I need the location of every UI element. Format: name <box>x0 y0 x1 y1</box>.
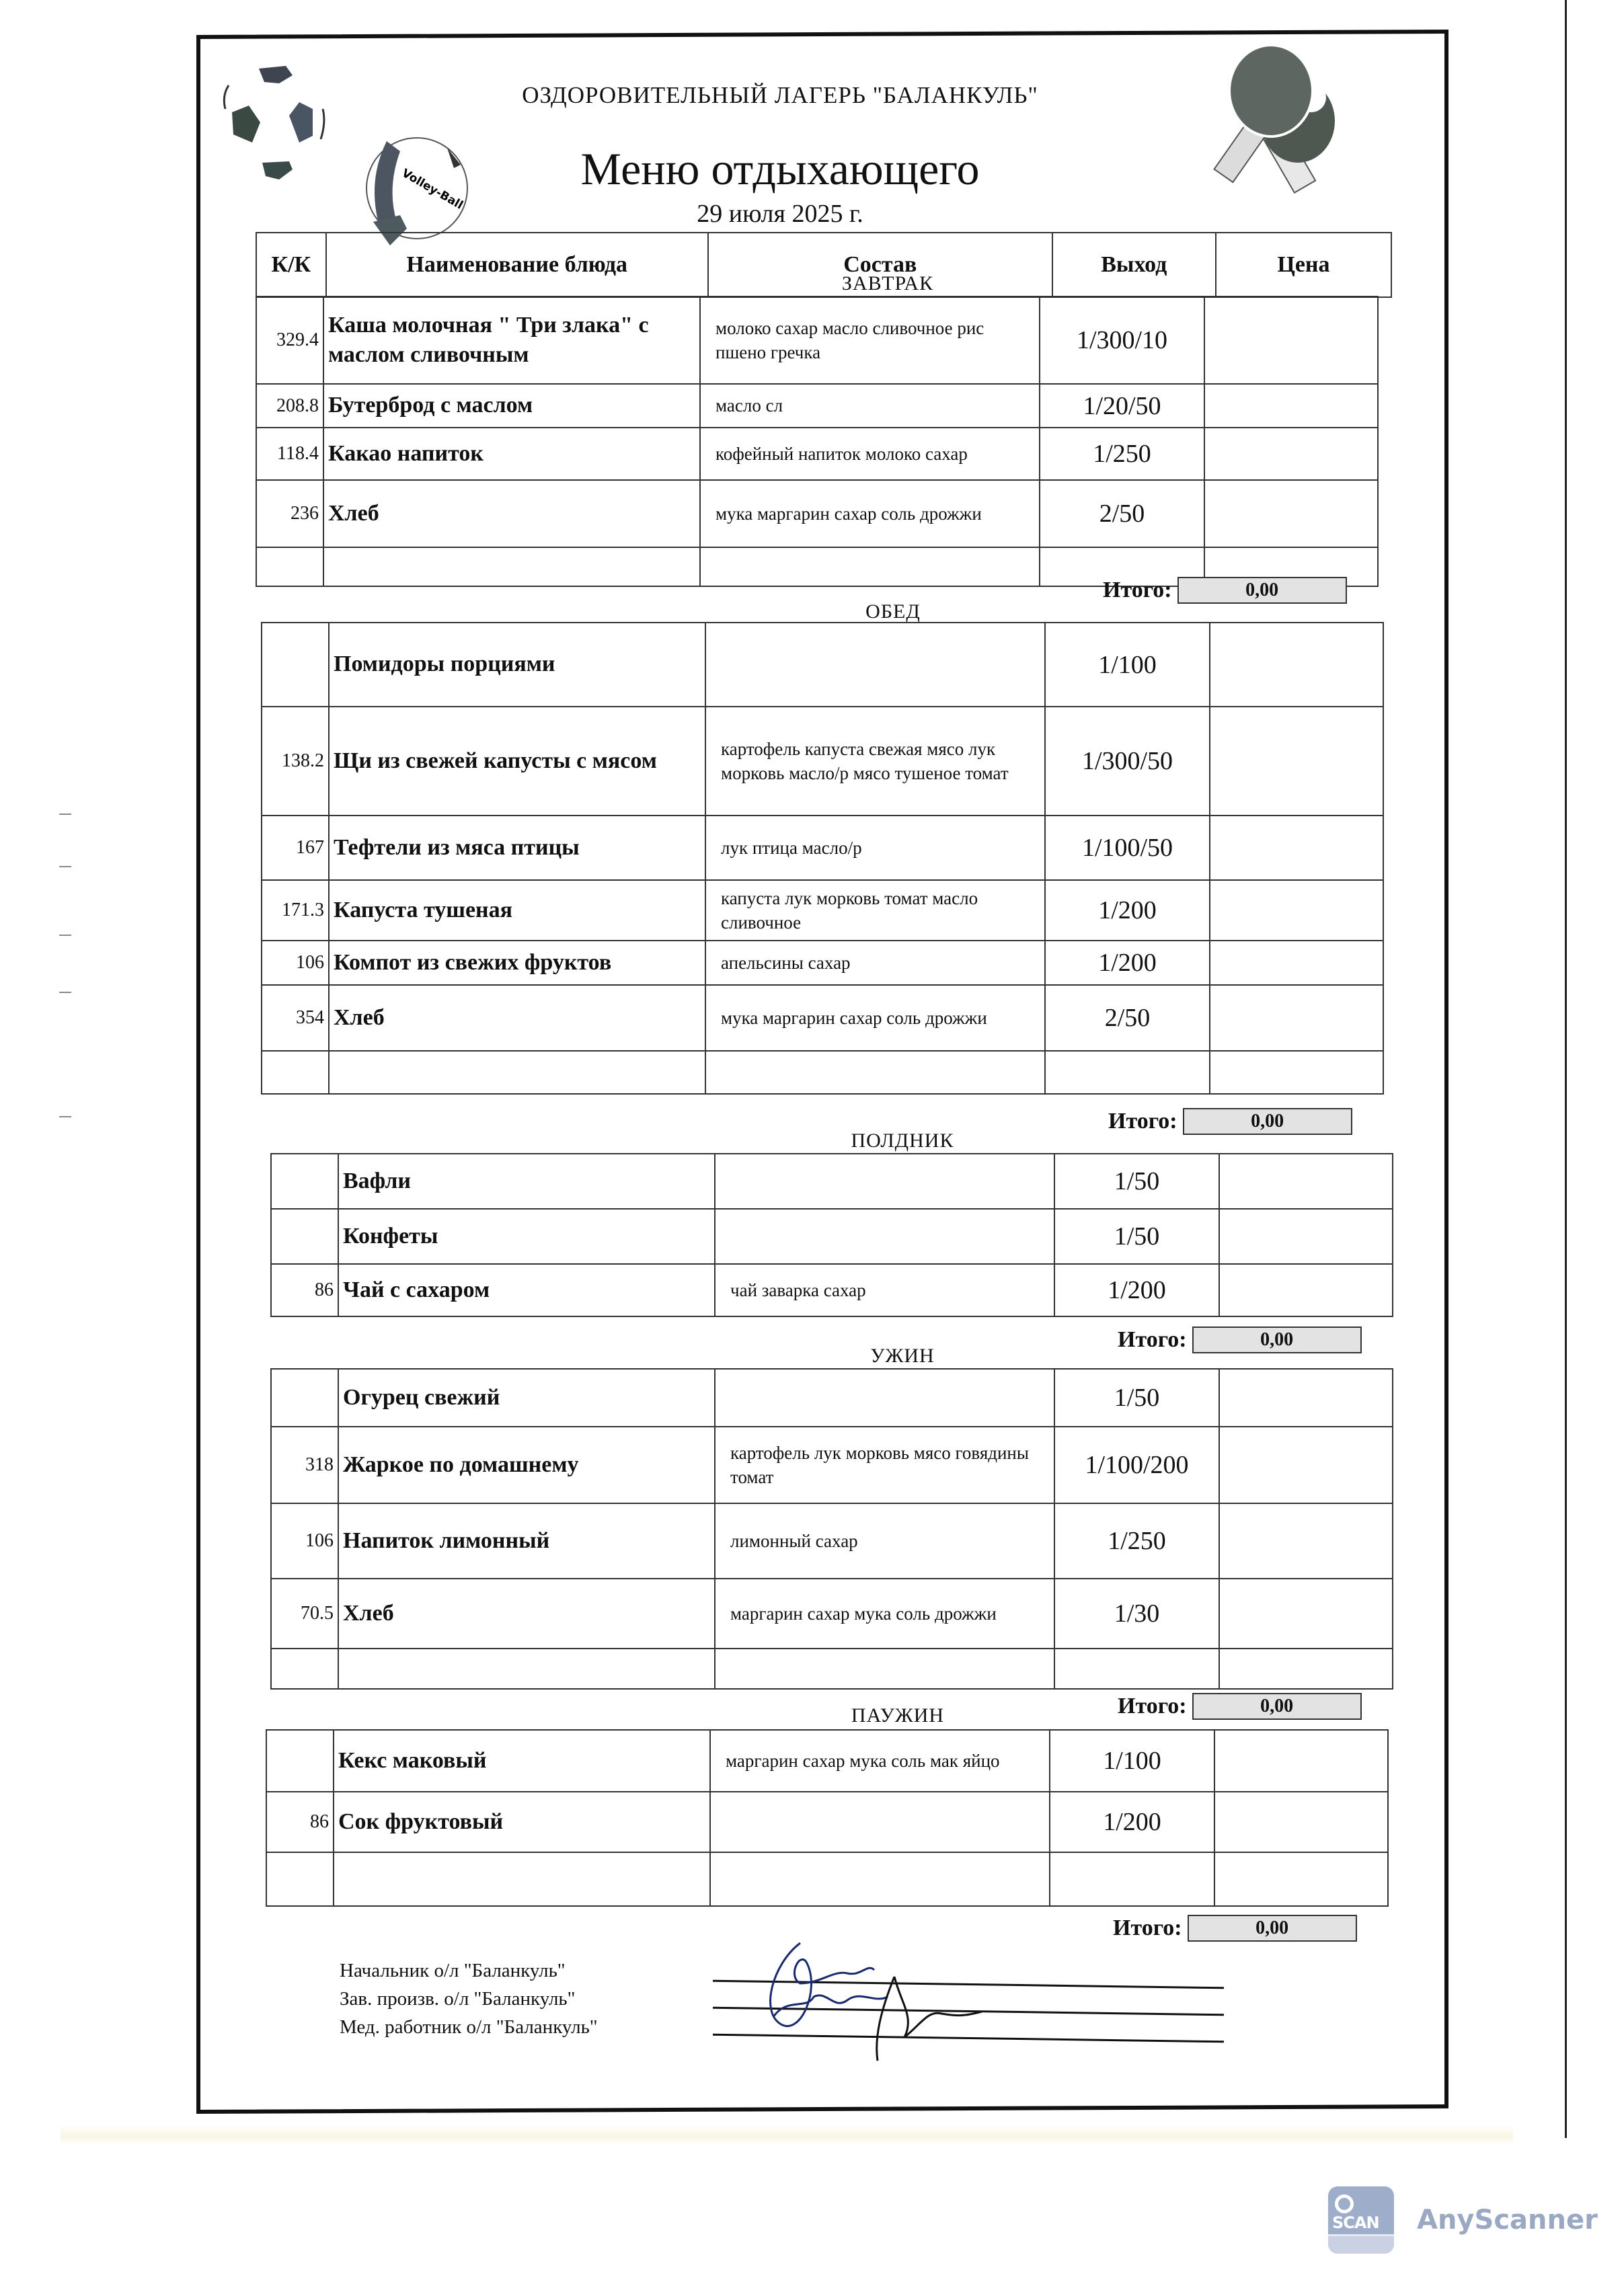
cell-output: 1/300/10 <box>1040 296 1204 384</box>
cell-name <box>334 1852 710 1906</box>
cell-price <box>1214 1730 1388 1792</box>
menu-section-table: 329.4Каша молочная " Три злака" с маслом… <box>256 296 1379 587</box>
cell-name: Вафли <box>338 1154 715 1209</box>
signer-head: Начальник о/л "Баланкуль" <box>340 1956 598 1985</box>
cell-price <box>1210 707 1383 816</box>
table-row: 118.4Какао напитоккофейный напиток молок… <box>256 428 1378 480</box>
cell-name: Помидоры порциями <box>329 623 705 707</box>
cell-price <box>1219 1579 1393 1649</box>
table-row: Конфеты1/50 <box>271 1209 1393 1264</box>
cell-output: 1/50 <box>1054 1209 1219 1264</box>
col-price: Цена <box>1216 233 1391 297</box>
cell-output: 1/200 <box>1045 941 1210 985</box>
cell-output <box>1054 1649 1219 1689</box>
cell-composition <box>705 623 1045 707</box>
cell-price <box>1210 880 1383 941</box>
cell-composition <box>710 1792 1050 1852</box>
total-label: Итого: <box>1118 1327 1187 1353</box>
total-label: Итого: <box>1113 1915 1182 1941</box>
cell-name: Кекс маковый <box>334 1730 710 1792</box>
menu-title: Меню отдыхающего <box>377 143 1184 196</box>
signers-block: Начальник о/л "Баланкуль" Зав. произв. о… <box>340 1956 598 2041</box>
cell-kk: 86 <box>266 1792 334 1852</box>
cell-price <box>1204 384 1378 428</box>
signer-production: Зав. произв. о/л "Баланкуль" <box>340 1985 598 2013</box>
cell-name: Тефтели из мяса птицы <box>329 816 705 880</box>
cell-composition: чай заварка сахар <box>715 1264 1054 1316</box>
section-title: ЗАВТРАК <box>686 272 1089 295</box>
cell-output: 1/250 <box>1054 1503 1219 1579</box>
cell-output: 1/50 <box>1054 1369 1219 1427</box>
cell-output <box>1045 1051 1210 1094</box>
cell-price <box>1214 1852 1388 1906</box>
cell-kk: 236 <box>256 480 323 547</box>
table-row: 354Хлебмука маргарин сахар соль дрожжи2/… <box>262 985 1383 1051</box>
total-label: Итого: <box>1108 1109 1177 1134</box>
cell-name: Сок фруктовый <box>334 1792 710 1852</box>
cell-price <box>1210 1051 1383 1094</box>
scan-badge-text: SCAN <box>1332 2213 1379 2232</box>
section-total: Итого:0,00 <box>1113 1915 1357 1942</box>
table-row: 106Компот из свежих фруктовапельсины сах… <box>262 941 1383 985</box>
scan-edge-shadow <box>61 2125 1513 2145</box>
section-total: Итого:0,00 <box>1118 1327 1362 1353</box>
cell-output: 1/200 <box>1054 1264 1219 1316</box>
col-name: Наименование блюда <box>326 233 708 297</box>
cell-output: 1/20/50 <box>1040 384 1204 428</box>
cell-kk <box>271 1154 338 1209</box>
cell-kk <box>266 1730 334 1792</box>
cell-kk <box>271 1649 338 1689</box>
scan-edge-line <box>1565 0 1567 2138</box>
cell-price <box>1219 1649 1393 1689</box>
section-title: ПАУЖИН <box>696 1704 1099 1727</box>
menu-section-table: Вафли1/50Конфеты1/5086Чай с сахаромчай з… <box>270 1153 1393 1317</box>
cell-price <box>1214 1792 1388 1852</box>
cell-composition: картофель лук морковь мясо говядины тома… <box>715 1427 1054 1503</box>
section-title: ОБЕД <box>691 600 1095 623</box>
cell-composition <box>715 1369 1054 1427</box>
cell-composition: масло сл <box>700 384 1040 428</box>
cell-name: Какао напиток <box>323 428 700 480</box>
cell-kk <box>271 1209 338 1264</box>
cell-output: 1/100 <box>1045 623 1210 707</box>
cell-composition <box>705 1051 1045 1094</box>
cell-output: 1/30 <box>1054 1579 1219 1649</box>
cell-kk: 171.3 <box>262 880 329 941</box>
cell-composition: апельсины сахар <box>705 941 1045 985</box>
total-value: 0,00 <box>1192 1327 1362 1353</box>
cell-name: Конфеты <box>338 1209 715 1264</box>
cell-price <box>1210 816 1383 880</box>
cell-price <box>1219 1503 1393 1579</box>
table-row: 86Сок фруктовый1/200 <box>266 1792 1388 1852</box>
table-row: Помидоры порциями1/100 <box>262 623 1383 707</box>
cell-kk <box>266 1852 334 1906</box>
cell-kk: 318 <box>271 1427 338 1503</box>
cell-composition: мука маргарин сахар соль дрожжи <box>705 985 1045 1051</box>
menu-section-table: Помидоры порциями1/100138.2Щи из свежей … <box>261 622 1384 1095</box>
total-label: Итого: <box>1118 1694 1187 1719</box>
col-kk: К/К <box>256 233 326 297</box>
cell-kk <box>262 623 329 707</box>
cell-kk: 329.4 <box>256 296 323 384</box>
cell-kk: 106 <box>262 941 329 985</box>
table-row: 70.5Хлебмаргарин сахар мука соль дрожжи1… <box>271 1579 1393 1649</box>
cell-name: Компот из свежих фруктов <box>329 941 705 985</box>
cell-kk <box>262 1051 329 1094</box>
table-row: Огурец свежий1/50 <box>271 1369 1393 1427</box>
cell-kk: 138.2 <box>262 707 329 816</box>
cell-composition: лимонный сахар <box>715 1503 1054 1579</box>
cell-composition: лук птица масло/р <box>705 816 1045 880</box>
table-row: 208.8Бутерброд с масломмасло сл1/20/50 <box>256 384 1378 428</box>
cell-kk: 106 <box>271 1503 338 1579</box>
cell-price <box>1219 1154 1393 1209</box>
total-label: Итого: <box>1103 578 1172 603</box>
anyscanner-watermark: SCAN AnyScanner <box>1328 2186 1598 2254</box>
menu-date: 29 июля 2025 г. <box>377 199 1184 229</box>
cell-price <box>1210 623 1383 707</box>
cell-composition: кофейный напиток молоко сахар <box>700 428 1040 480</box>
menu-section-table: Кекс маковыймаргарин сахар мука соль мак… <box>266 1729 1389 1907</box>
cell-name <box>338 1649 715 1689</box>
cell-price <box>1219 1369 1393 1427</box>
cell-composition: маргарин сахар мука соль мак яйцо <box>710 1730 1050 1792</box>
cell-output: 2/50 <box>1045 985 1210 1051</box>
cell-name: Жаркое по домашнему <box>338 1427 715 1503</box>
cell-composition <box>715 1154 1054 1209</box>
cell-name: Капуста тушеная <box>329 880 705 941</box>
cell-composition: мука маргарин сахар соль дрожжи <box>700 480 1040 547</box>
table-row <box>262 1051 1383 1094</box>
cell-name: Хлеб <box>329 985 705 1051</box>
table-row <box>271 1649 1393 1689</box>
cell-output: 1/300/50 <box>1045 707 1210 816</box>
cell-output: 1/100/50 <box>1045 816 1210 880</box>
signer-medic: Мед. работник о/л "Баланкуль" <box>340 2013 598 2041</box>
cell-output <box>1050 1852 1214 1906</box>
cell-kk: 118.4 <box>256 428 323 480</box>
cell-price <box>1219 1427 1393 1503</box>
total-value: 0,00 <box>1177 577 1347 604</box>
cell-output: 1/250 <box>1040 428 1204 480</box>
cell-output: 1/200 <box>1045 880 1210 941</box>
cell-name: Бутерброд с маслом <box>323 384 700 428</box>
cell-kk <box>256 547 323 586</box>
total-value: 0,00 <box>1183 1108 1352 1135</box>
cell-name: Хлеб <box>338 1579 715 1649</box>
cell-output: 2/50 <box>1040 480 1204 547</box>
cell-kk: 208.8 <box>256 384 323 428</box>
table-row: 171.3Капуста тушенаякапуста лук морковь … <box>262 880 1383 941</box>
cell-kk: 70.5 <box>271 1579 338 1649</box>
cell-name <box>323 547 700 586</box>
cell-name: Каша молочная " Три злака" с маслом слив… <box>323 296 700 384</box>
margin-marks <box>59 807 73 1156</box>
cell-name: Щи из свежей капусты с мясом <box>329 707 705 816</box>
cell-price <box>1204 480 1378 547</box>
section-total: Итого:0,00 <box>1118 1693 1362 1720</box>
cell-composition: капуста лук морковь томат масло сливочно… <box>705 880 1045 941</box>
table-row: 167Тефтели из мяса птицылук птица масло/… <box>262 816 1383 880</box>
soccer-ball-icon <box>212 48 340 183</box>
cell-composition: молоко сахар масло сливочное рис пшено г… <box>700 296 1040 384</box>
cell-output: 1/200 <box>1050 1792 1214 1852</box>
table-row: 86Чай с сахаромчай заварка сахар1/200 <box>271 1264 1393 1316</box>
scan-badge-icon: SCAN <box>1328 2186 1394 2254</box>
cell-kk <box>271 1369 338 1427</box>
menu-section-table: Огурец свежий1/50318Жаркое по домашнемук… <box>270 1368 1393 1690</box>
cell-output: 1/100/200 <box>1054 1427 1219 1503</box>
table-row: 236Хлебмука маргарин сахар соль дрожжи2/… <box>256 480 1378 547</box>
cell-composition <box>715 1649 1054 1689</box>
cell-price <box>1210 985 1383 1051</box>
cell-name: Хлеб <box>323 480 700 547</box>
camp-title: ОЗДОРОВИТЕЛЬНЫЙ ЛАГЕРЬ "БАЛАНКУЛЬ" <box>377 82 1184 109</box>
ping-pong-paddles-icon <box>1210 37 1365 198</box>
cell-name <box>329 1051 705 1094</box>
cell-output: 1/100 <box>1050 1730 1214 1792</box>
cell-name: Напиток лимонный <box>338 1503 715 1579</box>
cell-price <box>1204 296 1378 384</box>
cell-composition <box>700 547 1040 586</box>
cell-price <box>1204 428 1378 480</box>
section-total: Итого:0,00 <box>1108 1108 1352 1135</box>
cell-name: Огурец свежий <box>338 1369 715 1427</box>
table-row: 329.4Каша молочная " Три злака" с маслом… <box>256 296 1378 384</box>
table-row <box>266 1852 1388 1906</box>
cell-price <box>1219 1209 1393 1264</box>
table-row: Вафли1/50 <box>271 1154 1393 1209</box>
cell-kk: 354 <box>262 985 329 1051</box>
cell-name: Чай с сахаром <box>338 1264 715 1316</box>
total-value: 0,00 <box>1192 1693 1362 1720</box>
cell-composition: маргарин сахар мука соль дрожжи <box>715 1579 1054 1649</box>
table-row: 106Напиток лимонныйлимонный сахар1/250 <box>271 1503 1393 1579</box>
cell-price <box>1219 1264 1393 1316</box>
cell-price <box>1210 941 1383 985</box>
table-row: Кекс маковыймаргарин сахар мука соль мак… <box>266 1730 1388 1792</box>
handwritten-signature <box>760 1936 1002 2071</box>
cell-output: 1/50 <box>1054 1154 1219 1209</box>
table-row: 138.2Щи из свежей капусты с мясомкартофе… <box>262 707 1383 816</box>
section-total: Итого:0,00 <box>1103 577 1347 604</box>
total-value: 0,00 <box>1188 1915 1357 1942</box>
section-title: УЖИН <box>701 1345 1104 1368</box>
cell-composition <box>715 1209 1054 1264</box>
cell-composition <box>710 1852 1050 1906</box>
brand-name: AnyScanner <box>1417 2205 1598 2235</box>
table-row: 318Жаркое по домашнемукартофель лук морк… <box>271 1427 1393 1503</box>
cell-composition: картофель капуста свежая мясо лук морков… <box>705 707 1045 816</box>
cell-kk: 86 <box>271 1264 338 1316</box>
cell-kk: 167 <box>262 816 329 880</box>
section-title: ПОЛДНИК <box>701 1130 1104 1152</box>
